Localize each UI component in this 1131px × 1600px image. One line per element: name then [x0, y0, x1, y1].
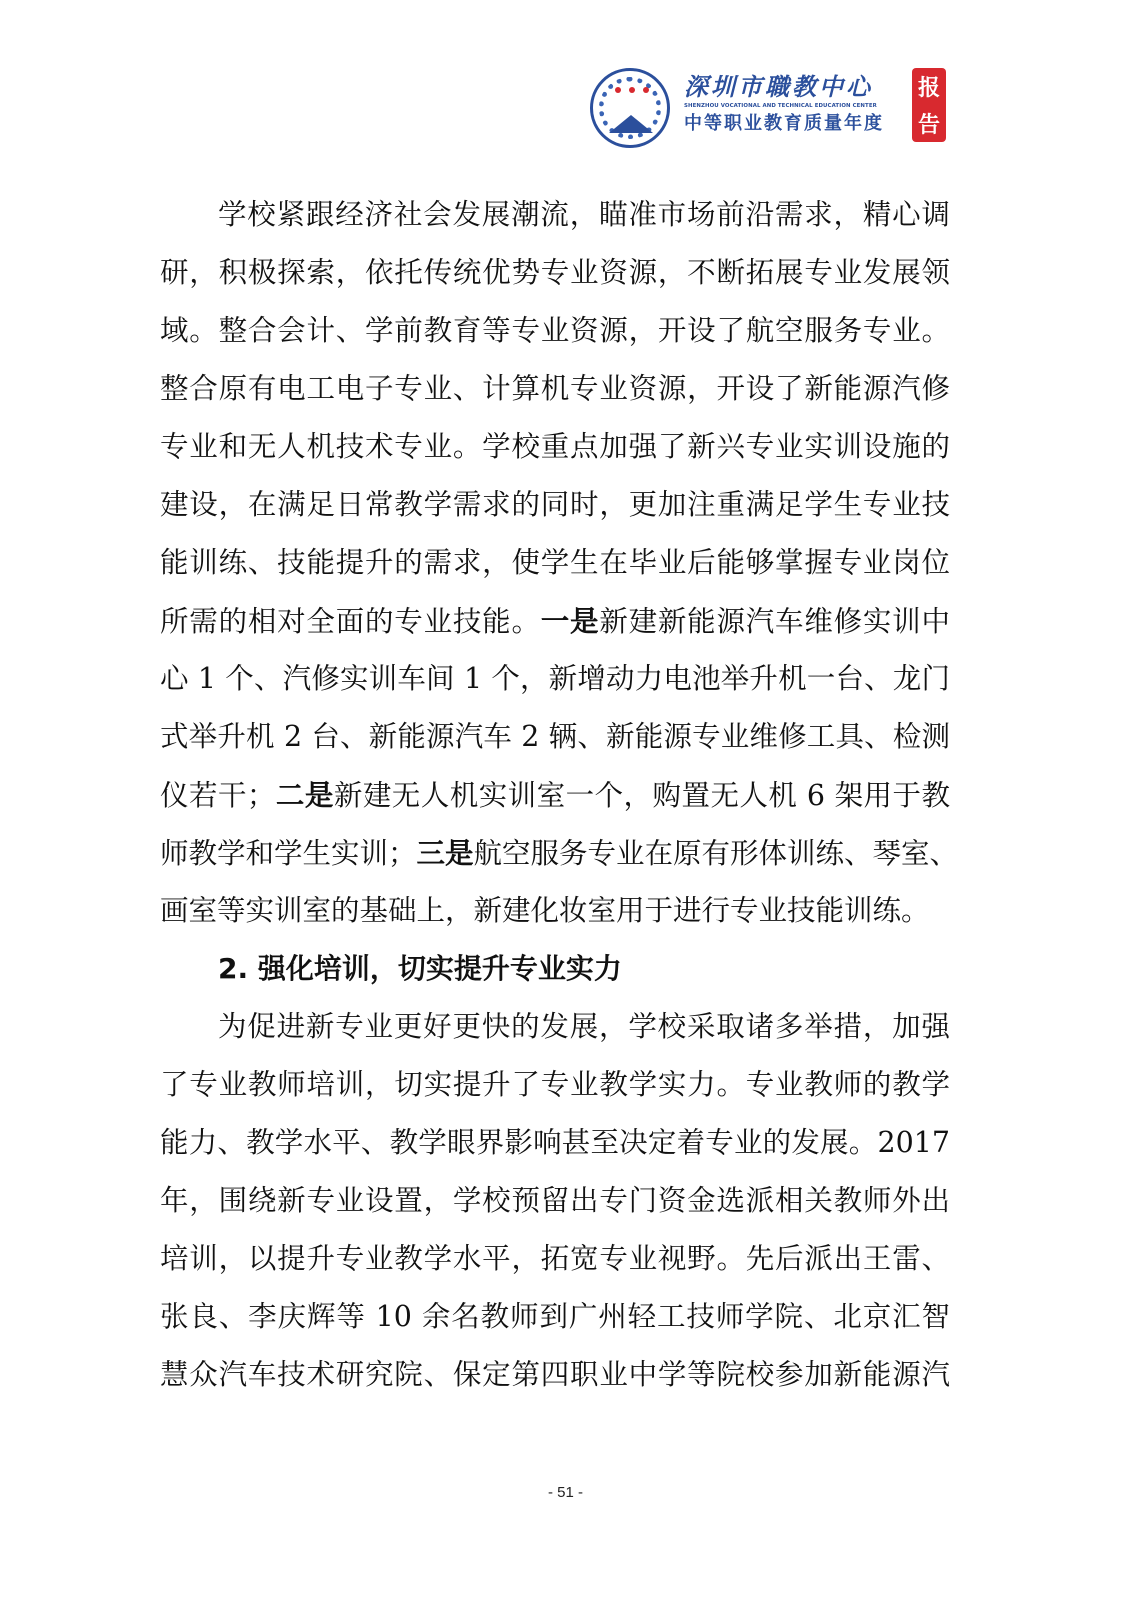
paragraph-line: 专业和无人机技术专业。学校重点加强了新兴专业实训设施的: [160, 418, 950, 476]
organization-logo-icon: [590, 68, 670, 148]
text-run: 航空服务专业在原有形体训练、琴室、: [474, 837, 959, 870]
report-title: 中等职业教育质量年度: [684, 111, 904, 137]
paragraph-line: 心 1 个、汽修实训车间 1 个，新增动力电池举升机一台、龙门: [160, 650, 950, 708]
document-body: 学校紧跟经济社会发展潮流，瞄准市场前沿需求，精心调 研，积极探索，依托传统优势专…: [160, 186, 950, 1404]
figure-heads-icon: [615, 87, 649, 93]
text-run: 仪若干；: [160, 779, 275, 812]
paragraph-line: 了专业教师培训，切实提升了专业教学实力。专业教师的教学: [160, 1056, 950, 1114]
org-name-en: SHENZHOU VOCATIONAL AND TECHNICAL EDUCAT…: [684, 102, 904, 111]
paragraph-line: 慧众汽车技术研究院、保定第四职业中学等院校参加新能源汽: [160, 1346, 950, 1404]
paragraph-line: 学校紧跟经济社会发展潮流，瞄准市场前沿需求，精心调: [160, 186, 950, 244]
report-badge: 报 告: [912, 68, 946, 142]
paragraph-line: 建设，在满足日常教学需求的同时，更加注重满足学生专业技: [160, 476, 950, 534]
paragraph-line: 年，围绕新专业设置，学校预留出专门资金选派相关教师外出: [160, 1172, 950, 1230]
paragraph-line: 式举升机 2 台、新能源汽车 2 辆、新能源专业维修工具、检测: [160, 708, 950, 766]
mountain-icon: [609, 115, 653, 133]
text-run: 师教学和学生实训；: [160, 837, 417, 870]
paragraph-line: 研，积极探索，依托传统优势专业资源，不断拓展专业发展领: [160, 244, 950, 302]
page-number: - 51 -: [0, 1484, 1131, 1501]
paragraph-line: 所需的相对全面的专业技能。一是新建新能源汽车维修实训中: [160, 592, 950, 650]
emphasis-label: 三是: [417, 836, 474, 870]
paragraph-line: 培训，以提升专业教学水平，拓宽专业视野。先后派出王雷、: [160, 1230, 950, 1288]
report-header: 深圳市職教中心 SHENZHOU VOCATIONAL AND TECHNICA…: [590, 66, 950, 150]
badge-char: 告: [918, 108, 940, 139]
emphasis-label: 二是: [275, 778, 333, 812]
paragraph-line: 张良、李庆辉等 10 余名教师到广州轻工技师学院、北京汇智: [160, 1288, 950, 1346]
paragraph-line: 能力、教学水平、教学眼界影响甚至决定着专业的发展。2017: [160, 1114, 950, 1172]
emphasis-label: 一是: [541, 604, 600, 638]
paragraph-line: 为促进新专业更好更快的发展，学校采取诸多举措，加强: [160, 998, 950, 1056]
section-heading: 2. 强化培训，切实提升专业实力: [160, 940, 950, 998]
paragraph-line: 域。整合会计、学前教育等专业资源，开设了航空服务专业。: [160, 302, 950, 360]
paragraph-line: 师教学和学生实训；三是航空服务专业在原有形体训练、琴室、: [160, 824, 950, 882]
paragraph-line: 仪若干；二是新建无人机实训室一个，购置无人机 6 架用于教: [160, 766, 950, 824]
text-run: 所需的相对全面的专业技能。: [160, 605, 541, 638]
org-name-cn: 深圳市職教中心: [684, 72, 904, 102]
text-run: 新建新能源汽车维修实训中: [599, 605, 950, 638]
header-titles: 深圳市職教中心 SHENZHOU VOCATIONAL AND TECHNICA…: [684, 72, 904, 137]
paragraph-line: 能训练、技能提升的需求，使学生在毕业后能够掌握专业岗位: [160, 534, 950, 592]
paragraph-line: 画室等实训室的基础上，新建化妆室用于进行专业技能训练。: [160, 882, 950, 940]
paragraph-line: 整合原有电工电子专业、计算机专业资源，开设了新能源汽修: [160, 360, 950, 418]
badge-char: 报: [918, 71, 940, 102]
text-run: 新建无人机实训室一个，购置无人机 6 架用于教: [334, 779, 950, 812]
